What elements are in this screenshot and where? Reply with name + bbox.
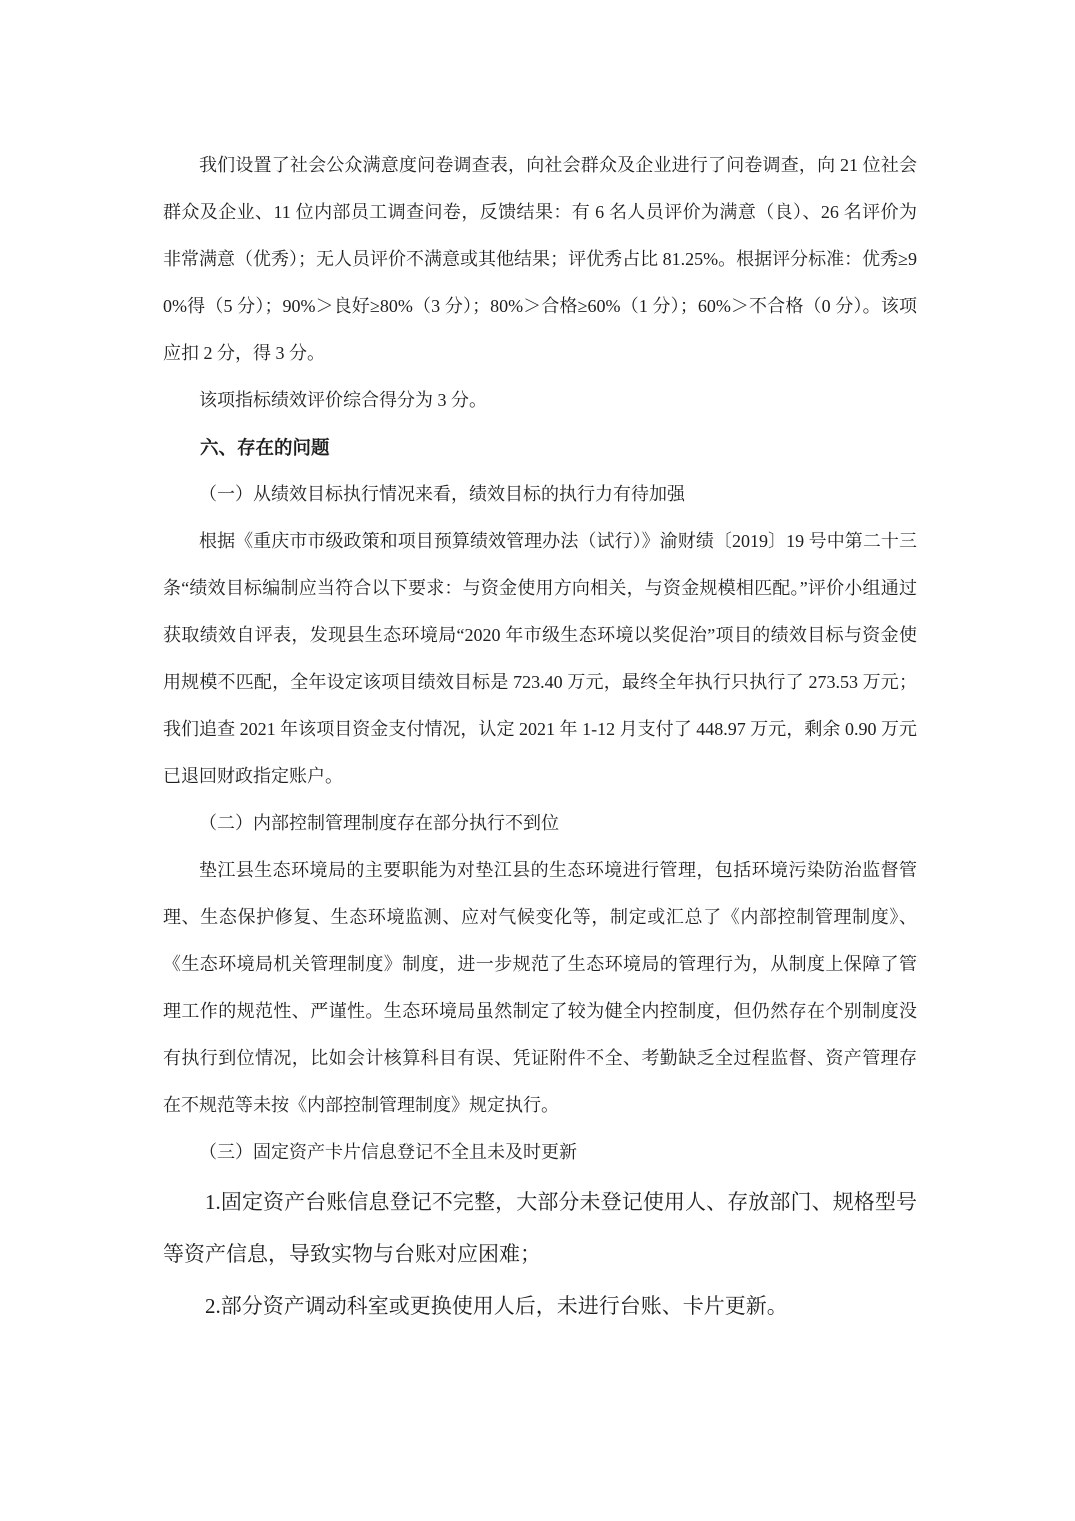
section-6-heading: 六、存在的问题 xyxy=(163,424,917,471)
issue-2-heading: （二）内部控制管理制度存在部分执行不到位 xyxy=(163,800,917,847)
issue-1-heading: （一）从绩效目标执行情况来看，绩效目标的执行力有待加强 xyxy=(163,471,917,518)
issue-3-item-1-paragraph: 1.固定资产台账信息登记不完整，大部分未登记使用人、存放部门、规格型号等资产信息… xyxy=(163,1176,917,1280)
issue-3-item-2-paragraph: 2.部分资产调动科室或更换使用人后，未进行台账、卡片更新。 xyxy=(163,1280,917,1332)
issue-3-heading: （三）固定资产卡片信息登记不全且未及时更新 xyxy=(163,1129,917,1176)
issue-2-body-paragraph: 垫江县生态环境局的主要职能为对垫江县的生态环境进行管理，包括环境污染防治监督管理… xyxy=(163,847,917,1129)
satisfaction-survey-paragraph: 我们设置了社会公众满意度问卷调查表，向社会群众及企业进行了问卷调查，向 21 位… xyxy=(163,142,917,377)
score-summary-paragraph: 该项指标绩效评价综合得分为 3 分。 xyxy=(163,377,917,424)
issue-1-body-paragraph: 根据《重庆市市级政策和项目预算绩效管理办法（试行）》渝财绩〔2019〕19 号中… xyxy=(163,518,917,800)
document-page: 我们设置了社会公众满意度问卷调查表，向社会群众及企业进行了问卷调查，向 21 位… xyxy=(0,0,1075,1521)
